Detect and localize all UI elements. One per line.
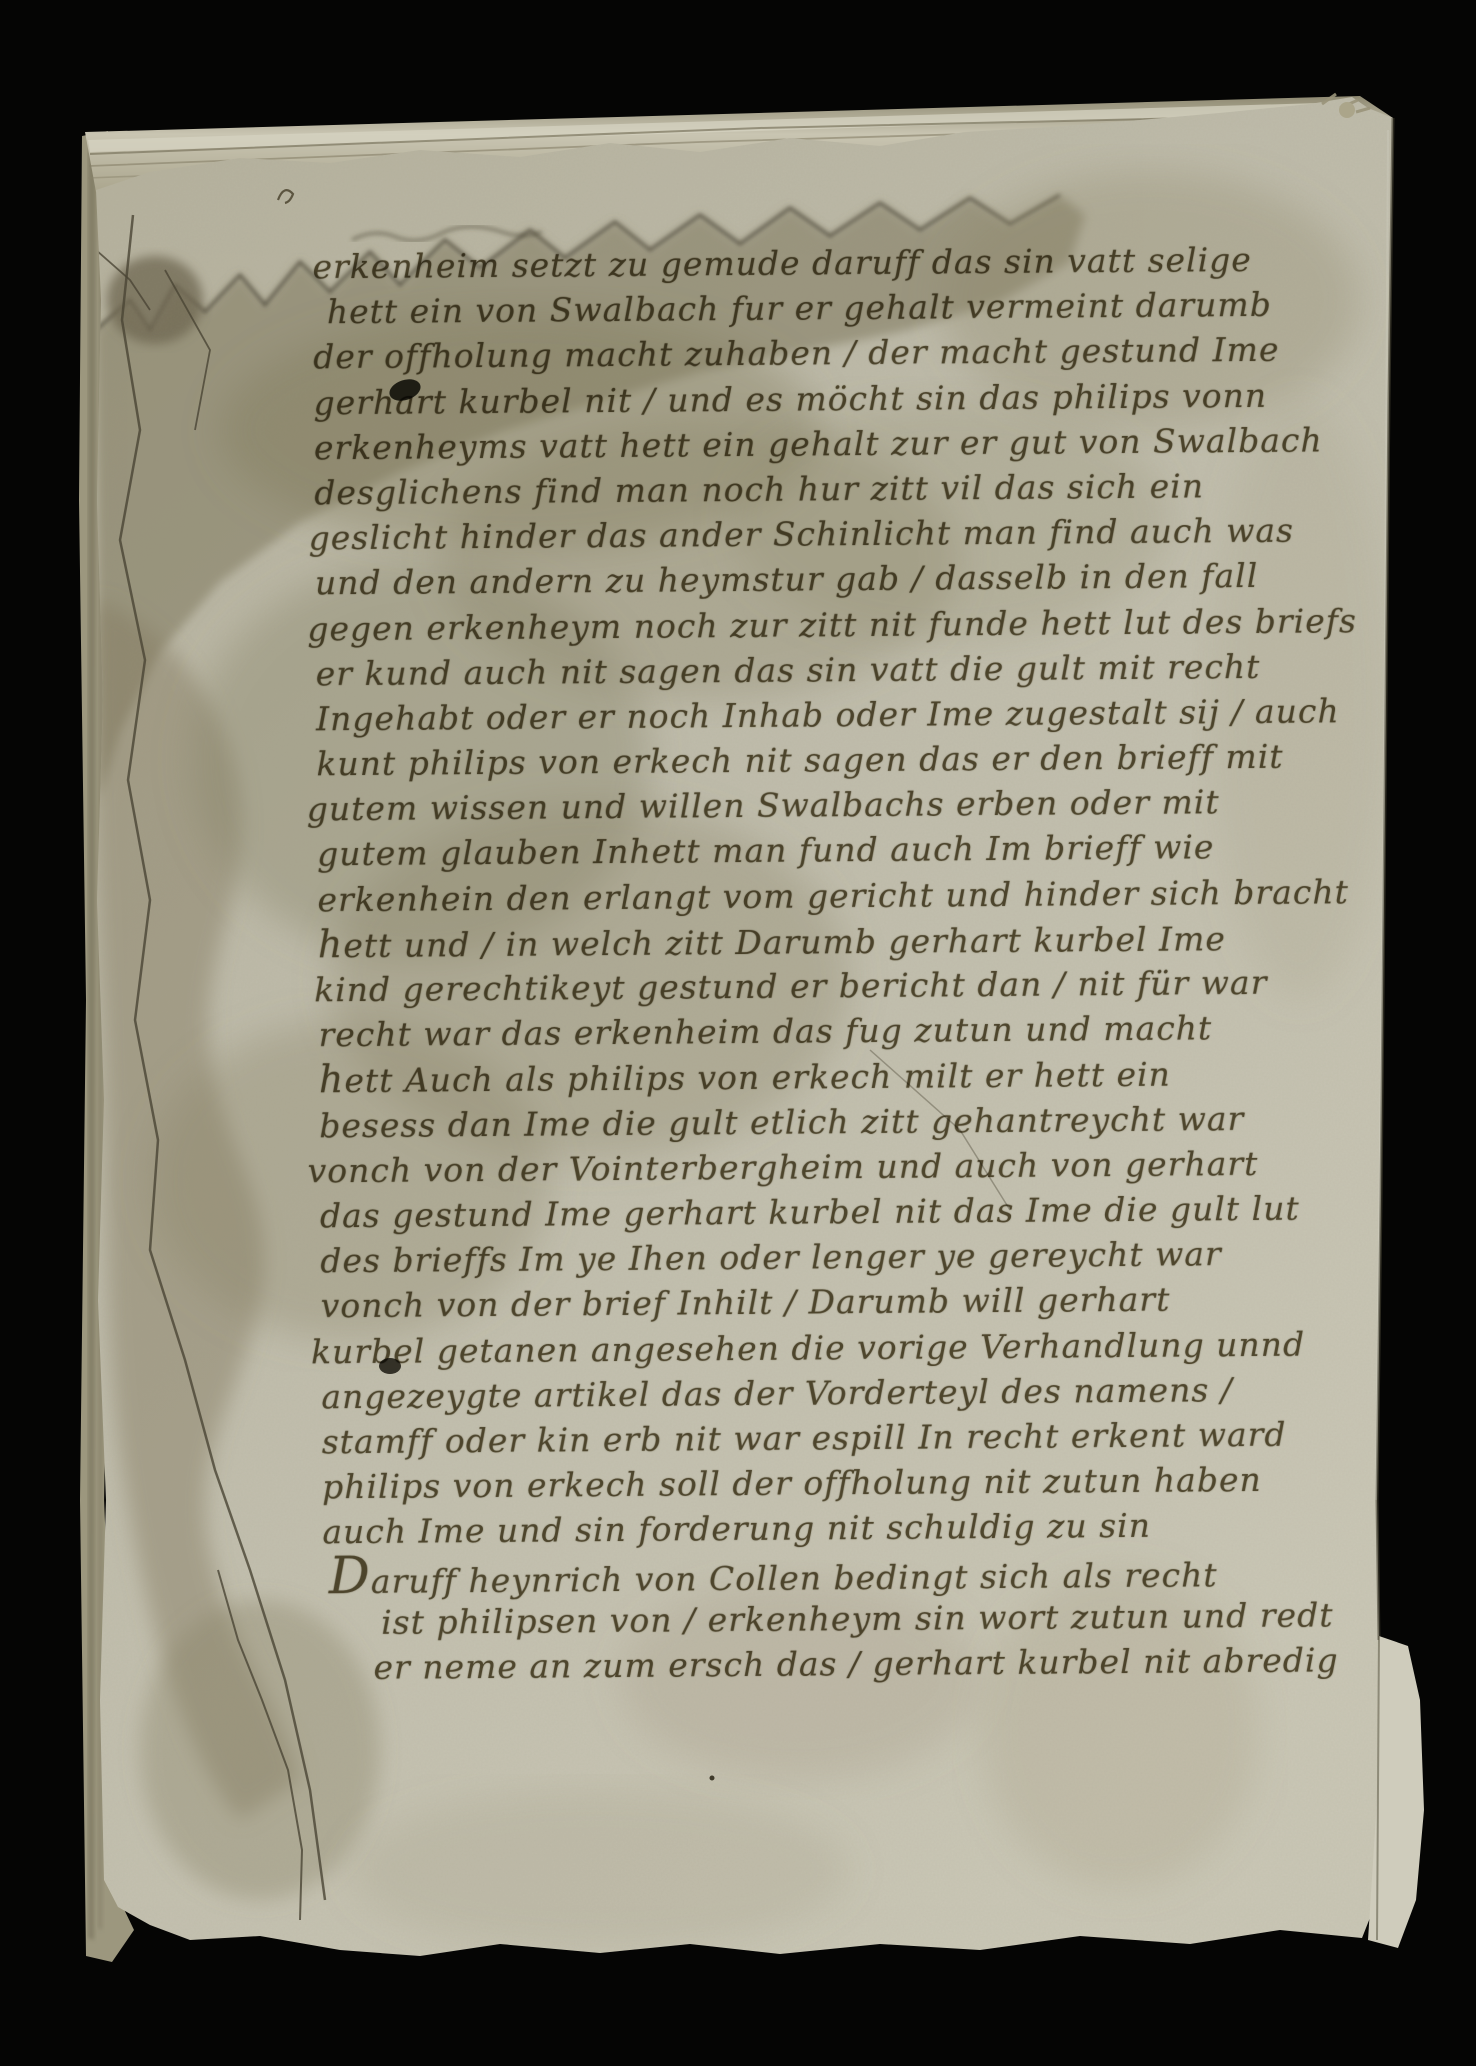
handwritten-line: und den andern zu heymstur gab / dasselb… bbox=[315, 552, 1415, 606]
handwritten-line: erkenhein den erlangt vom gericht und hi… bbox=[317, 868, 1417, 922]
handwritten-line: kind gerechtikeyt gestund er bericht dan… bbox=[314, 959, 1418, 1013]
handwritten-line: kurbel getanen angesehen die vorige Verh… bbox=[311, 1320, 1421, 1374]
handwritten-line: er neme an zum ersch das / gerhart kurbe… bbox=[373, 1636, 1423, 1689]
corner-fiber-tuft bbox=[1339, 102, 1355, 118]
ink-speck bbox=[710, 1776, 715, 1781]
handwritten-line: erkenheyms vatt hett ein gehalt zur er g… bbox=[314, 416, 1414, 470]
handwritten-line: kunt philips von erkech nit sagen das er… bbox=[316, 733, 1416, 787]
photo-scene: erkenheim setzt zu gemude daruff das sin… bbox=[0, 0, 1476, 2066]
handwritten-line: das gestund Ime gerhart kurbel nit das I… bbox=[320, 1185, 1420, 1239]
handwritten-line: der offholung macht zuhaben / der macht … bbox=[313, 326, 1413, 380]
handwritten-line: ist philipsen von / erkenheym sin wort z… bbox=[381, 1591, 1423, 1644]
handwritten-text-block: erkenheim setzt zu gemude daruff das sin… bbox=[312, 236, 1423, 1691]
handwritten-line: philips von erkech soll der offholung ni… bbox=[322, 1456, 1422, 1510]
